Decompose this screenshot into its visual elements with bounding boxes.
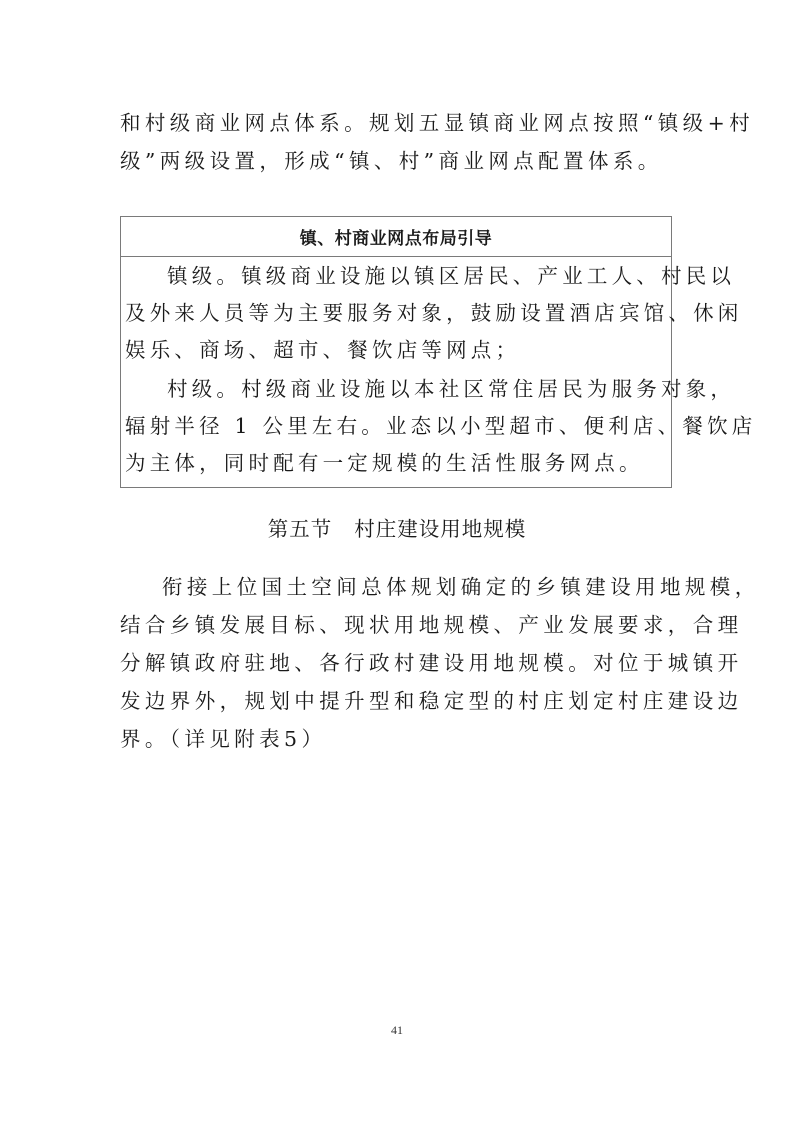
guidance-box-title: 镇、村商业网点布局引导 xyxy=(121,217,671,257)
guidance-line: 镇级。镇级商业设施以镇区居民、产业工人、村民以 xyxy=(125,258,667,295)
page-number: 41 xyxy=(0,1023,794,1038)
body-line: 结合乡镇发展目标、现状用地规模、产业发展要求，合理 xyxy=(120,606,676,644)
section-title: 村庄建设用地规模 xyxy=(354,517,526,541)
section-number: 第五节 xyxy=(268,517,333,541)
intro-paragraph: 和村级商业网点体系。规划五显镇商业网点按照“镇级+村 级”两级设置，形成“镇、村… xyxy=(120,104,676,180)
guidance-box: 镇、村商业网点布局引导 镇级。镇级商业设施以镇区居民、产业工人、村民以 及外来人… xyxy=(120,216,672,488)
body-paragraph: 衔接上位国土空间总体规划确定的乡镇建设用地规模， 结合乡镇发展目标、现状用地规模… xyxy=(120,568,676,758)
guidance-line: 辐射半径 1 公里左右。业态以小型超市、便利店、餐饮店 xyxy=(125,408,667,445)
body-line: 界。（详见附表5） xyxy=(120,720,676,758)
guidance-item-village-level: 村级。村级商业设施以本社区常住居民为服务对象， 辐射半径 1 公里左右。业态以小… xyxy=(125,371,667,482)
guidance-line: 为主体，同时配有一定规模的生活性服务网点。 xyxy=(125,445,667,482)
body-line: 衔接上位国土空间总体规划确定的乡镇建设用地规模， xyxy=(120,568,676,606)
section-heading: 第五节村庄建设用地规模 xyxy=(0,512,794,546)
guidance-line: 娱乐、商场、超市、餐饮店等网点； xyxy=(125,332,667,369)
guidance-line: 及外来人员等为主要服务对象，鼓励设置酒店宾馆、休闲 xyxy=(125,295,667,332)
guidance-line: 村级。村级商业设施以本社区常住居民为服务对象， xyxy=(125,371,667,408)
intro-line: 级”两级设置，形成“镇、村”商业网点配置体系。 xyxy=(120,142,676,180)
intro-line: 和村级商业网点体系。规划五显镇商业网点按照“镇级+村 xyxy=(120,104,676,142)
guidance-box-body: 镇级。镇级商业设施以镇区居民、产业工人、村民以 及外来人员等为主要服务对象，鼓励… xyxy=(121,257,671,482)
body-line: 发边界外，规划中提升型和稳定型的村庄划定村庄建设边 xyxy=(120,682,676,720)
body-line: 分解镇政府驻地、各行政村建设用地规模。对位于城镇开 xyxy=(120,644,676,682)
guidance-item-town-level: 镇级。镇级商业设施以镇区居民、产业工人、村民以 及外来人员等为主要服务对象，鼓励… xyxy=(125,258,667,369)
